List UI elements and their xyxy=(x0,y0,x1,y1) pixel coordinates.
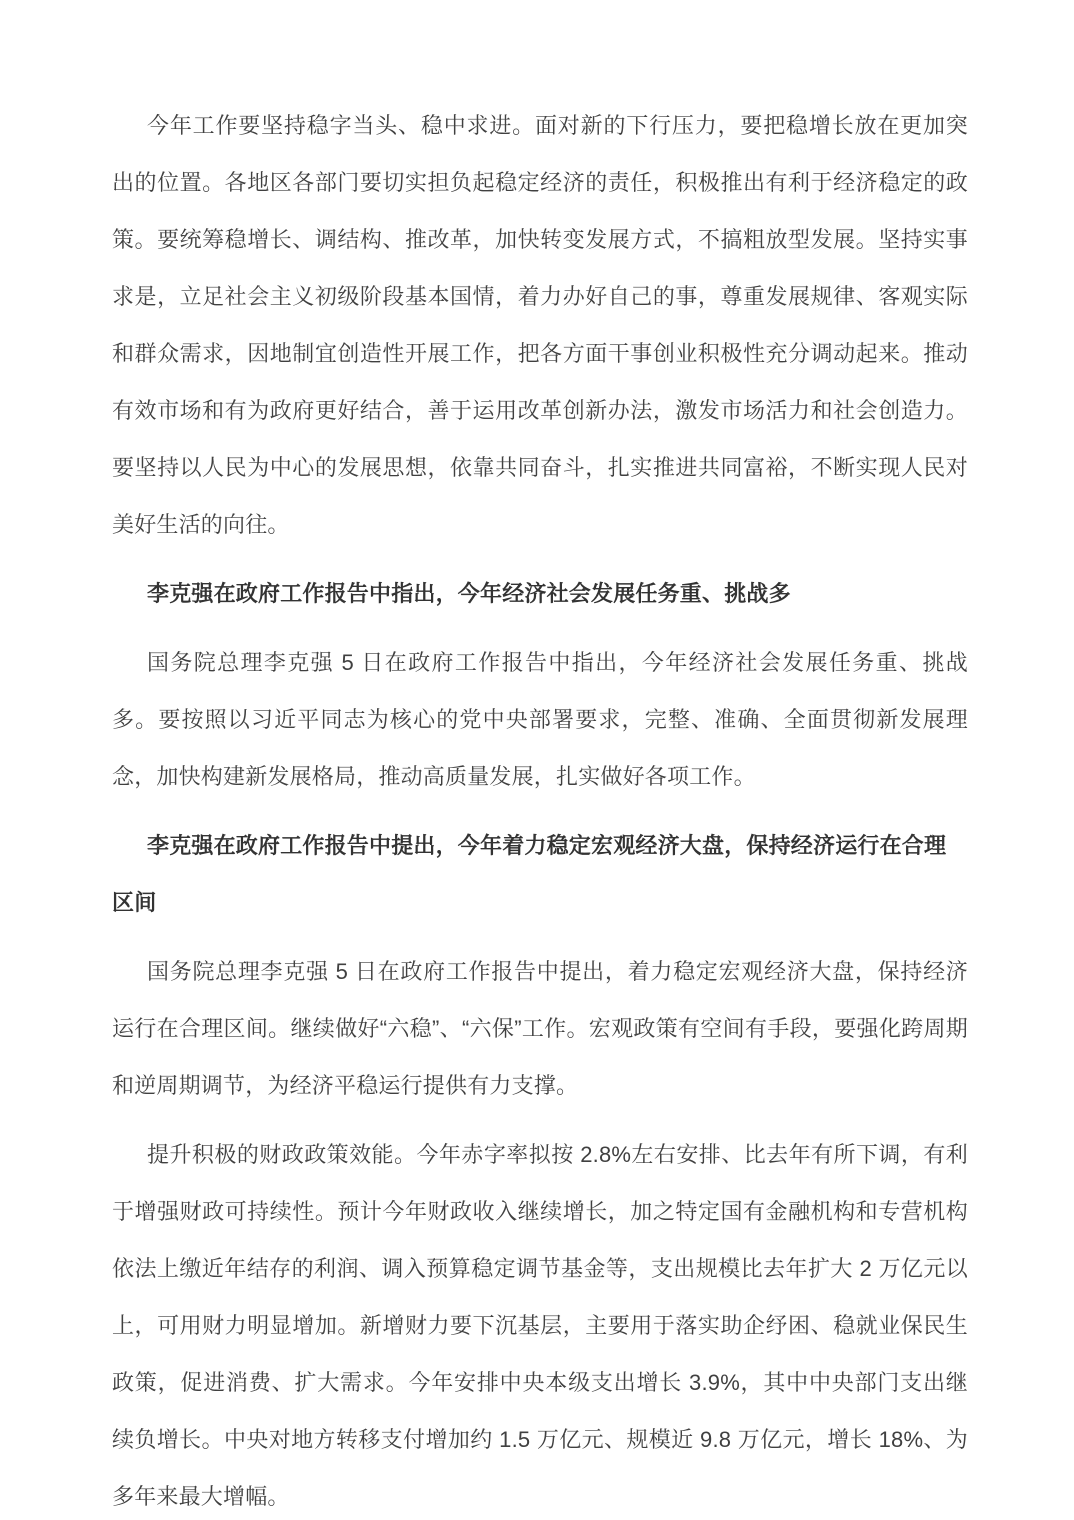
heading-tasks-and-challenges: 李克强在政府工作报告中指出，今年经济社会发展任务重、挑战多 xyxy=(112,565,968,622)
paragraph-fiscal-policy: 提升积极的财政政策效能。今年赤字率拟按 2.8%左右安排、比去年有所下调，有利于… xyxy=(112,1126,968,1520)
paragraph-stability-policy: 今年工作要坚持稳字当头、稳中求进。面对新的下行压力，要把稳增长放在更加突出的位置… xyxy=(112,97,968,553)
paragraph-stabilize-macro-economy: 国务院总理李克强 5 日在政府工作报告中提出，着力稳定宏观经济大盘，保持经济运行… xyxy=(112,943,968,1114)
paragraph-tasks-and-challenges: 国务院总理李克强 5 日在政府工作报告中指出，今年经济社会发展任务重、挑战多。要… xyxy=(112,634,968,805)
heading-stabilize-macro-economy: 李克强在政府工作报告中提出，今年着力稳定宏观经济大盘，保持经济运行在合理区间 xyxy=(112,817,968,931)
document-page: 今年工作要坚持稳字当头、稳中求进。面对新的下行压力，要把稳增长放在更加突出的位置… xyxy=(0,0,1074,1520)
